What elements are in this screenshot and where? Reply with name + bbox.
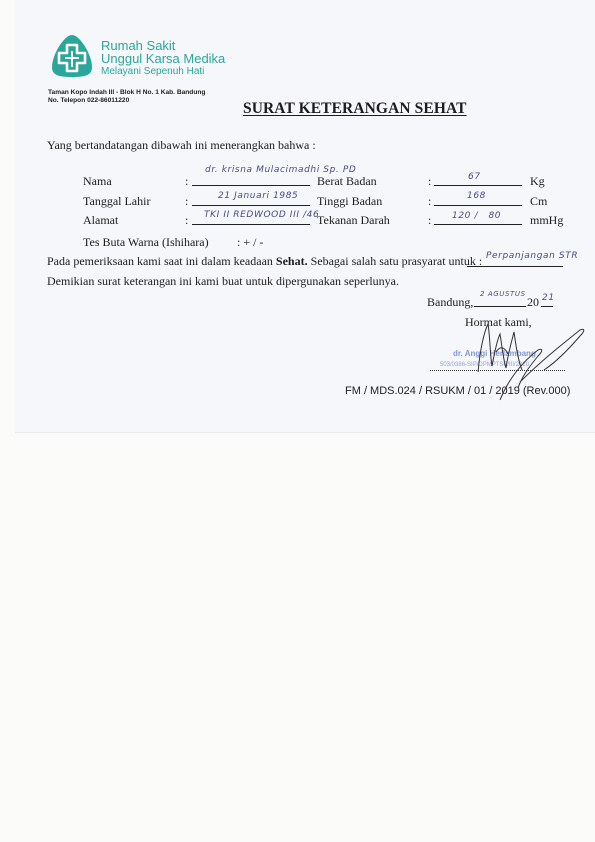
field-line-nama	[192, 185, 310, 186]
value-berat-badan: 67	[468, 172, 481, 182]
field-line-berat-badan	[434, 185, 522, 186]
value-tekanan-darah: 120 / 80	[452, 211, 501, 221]
form-code: FM / MDS.024 / RSUKM / 01 / 2019 (Rev.00…	[345, 385, 570, 397]
statement-health-status: Sehat.	[276, 254, 308, 268]
label-tanggal-lahir: Tanggal Lahir	[83, 194, 150, 209]
intro-text: Yang bertandatangan dibawah ini menerang…	[47, 138, 316, 153]
statement-pre: Pada pemeriksaan kami saat ini dalam kea…	[47, 254, 276, 268]
field-line-purpose	[467, 266, 563, 267]
colon: :	[428, 213, 431, 228]
unit-tekanan-darah: mmHg	[530, 213, 563, 228]
signature-year-prefix: 20	[527, 295, 539, 310]
hospital-phone: No. Telepon 022-86011220	[48, 97, 129, 104]
colon: :	[428, 194, 431, 209]
unit-tinggi-badan: Cm	[530, 194, 547, 209]
hospital-tagline: Melayani Sepenuh Hati	[101, 66, 204, 77]
colon: :	[185, 174, 188, 189]
unit-berat-badan: Kg	[530, 174, 545, 189]
value-tanggal-lahir: 21 Januari 1985	[218, 191, 298, 201]
field-line-alamat	[192, 224, 310, 225]
field-line-date	[474, 306, 526, 307]
hospital-cross-icon	[50, 33, 94, 79]
signature-year-suffix: 21	[542, 293, 555, 303]
signature-date: 2 AGUSTUS	[480, 290, 526, 298]
label-tekanan-darah: Tekanan Darah	[317, 213, 390, 228]
colon: :	[185, 194, 188, 209]
value-alamat: TKI II REDWOOD III /46	[204, 210, 319, 220]
label-nama: Nama	[83, 174, 112, 189]
statement-post: Sebagai salah satu prasyarat untuk :	[308, 254, 483, 268]
document-title: SURAT KETERANGAN SEHAT	[243, 100, 467, 118]
label-tes-buta-warna: Tes Buta Warna (Ishihara)	[83, 235, 209, 250]
label-alamat: Alamat	[83, 213, 118, 228]
field-line-tekanan-darah	[434, 224, 522, 225]
value-tes-buta-warna: : + / -	[237, 235, 263, 250]
hospital-address: Taman Kopo Indah III - Blok H No. 1 Kab.…	[48, 89, 205, 96]
signature-line	[430, 370, 565, 371]
value-tinggi-badan: 168	[467, 191, 486, 201]
label-tinggi-badan: Tinggi Badan	[317, 194, 382, 209]
value-purpose: Perpanjangan STR	[486, 251, 578, 261]
field-line-tanggal-lahir	[192, 205, 310, 206]
field-line-tinggi-badan	[434, 205, 522, 206]
statement-text: Pada pemeriksaan kami saat ini dalam kea…	[47, 254, 482, 269]
signature-city: Bandung,	[427, 295, 473, 310]
closing-text: Demikian surat keterangan ini kami buat …	[47, 274, 399, 289]
field-line-year	[541, 306, 553, 307]
hospital-name-line2: Unggul Karsa Medika	[101, 51, 225, 66]
label-berat-badan: Berat Badan	[317, 174, 377, 189]
colon: :	[185, 213, 188, 228]
colon: :	[428, 174, 431, 189]
